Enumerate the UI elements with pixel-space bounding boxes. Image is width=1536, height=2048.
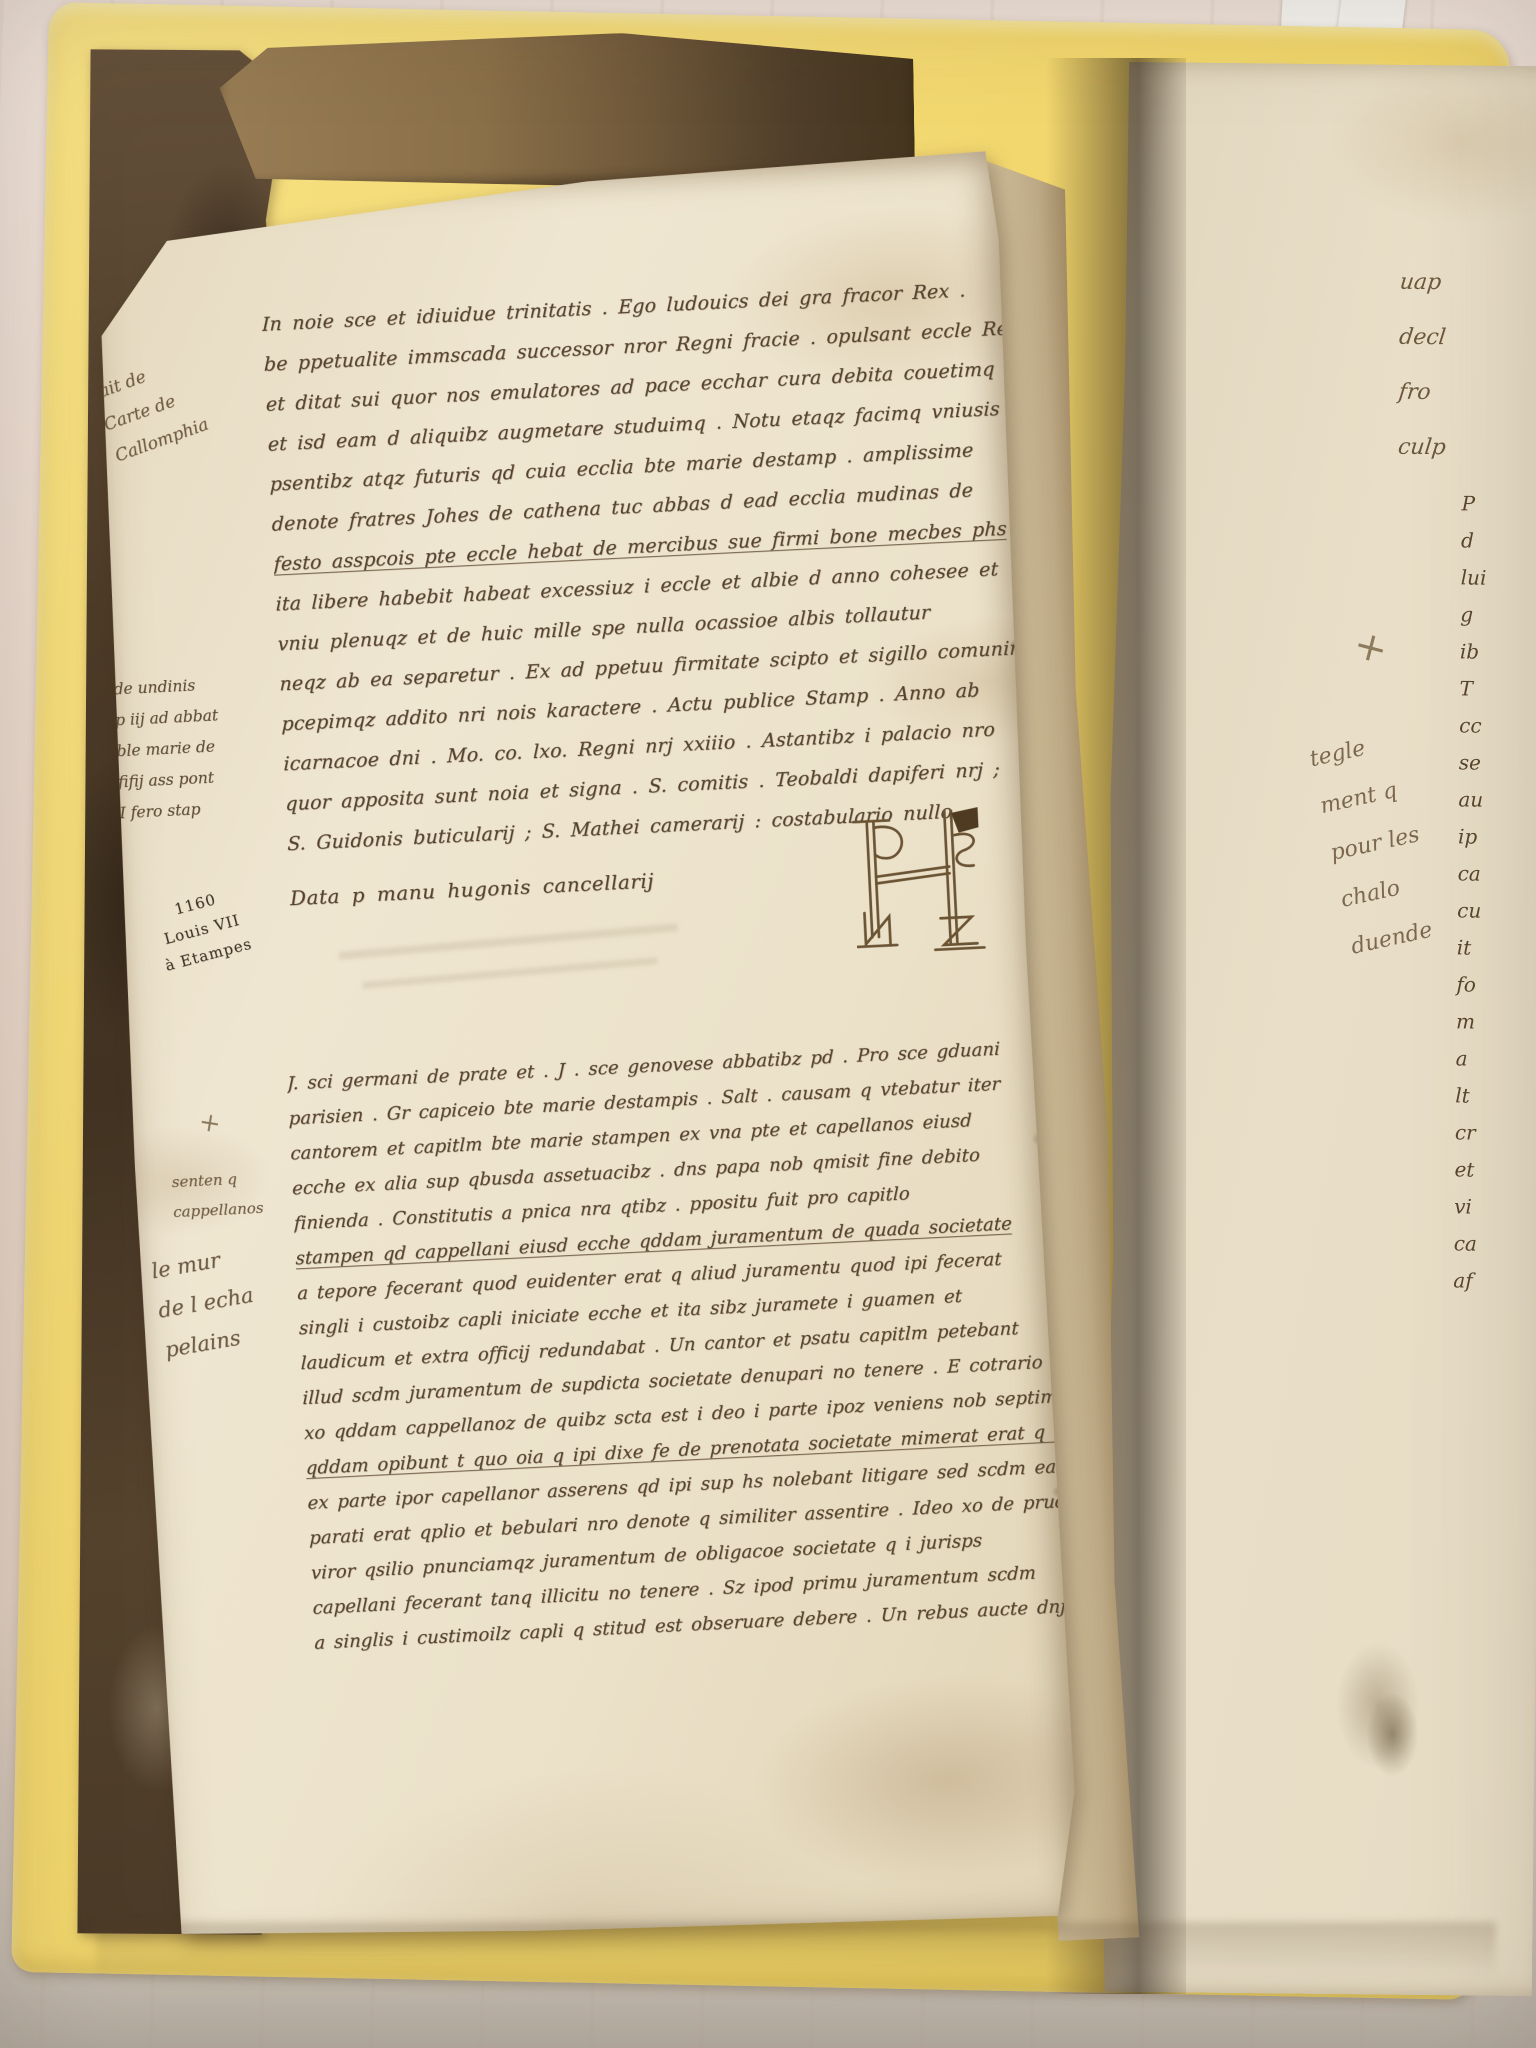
- text-line: g: [1460, 596, 1486, 633]
- ink-bleedthrough: [362, 957, 658, 989]
- text-line: cu: [1457, 892, 1483, 929]
- text-line: fo: [1456, 966, 1482, 1003]
- text-line: fifij ass pont: [117, 762, 222, 798]
- text-line: ib: [1460, 633, 1486, 670]
- facing-text-fragments-edge: PdluigibTccseauipcacuitfomaltcretvicaaf: [1453, 485, 1487, 1299]
- facing-margin-note: teglement qpour leschaloduende: [1305, 718, 1445, 972]
- text-line: ca: [1457, 855, 1483, 892]
- margin-cross-icon: +: [1349, 621, 1393, 674]
- royal-monogram-icon: [850, 800, 991, 962]
- text-line: uap: [1397, 255, 1451, 310]
- text-line: senten q: [171, 1163, 263, 1197]
- text-line: cr: [1455, 1114, 1481, 1151]
- text-line: de undinis: [113, 670, 218, 706]
- text-line: m: [1456, 1003, 1482, 1040]
- margin-gloss-note: de undinisp iij ad abbatble marie defifi…: [113, 670, 224, 830]
- text-line: fro: [1395, 365, 1449, 420]
- margin-cursive-note: le murde l echapelains: [148, 1235, 263, 1370]
- margin-title-note: fait deCarte deCallomphia: [88, 347, 214, 473]
- text-line: af: [1453, 1262, 1479, 1299]
- text-line: ip: [1458, 818, 1484, 855]
- text-line: lt: [1455, 1077, 1481, 1114]
- text-line: vi: [1454, 1188, 1480, 1225]
- text-line: au: [1458, 781, 1484, 818]
- text-line: it: [1457, 929, 1483, 966]
- text-line: I fero stap: [119, 793, 224, 829]
- manuscript-photograph: uapdeclfroculp + teglement qpour leschal…: [0, 0, 1536, 2048]
- dating-clause: Data p manu hugonis cancellarij: [289, 868, 654, 910]
- text-line: et: [1454, 1151, 1480, 1188]
- text-line: P: [1461, 485, 1487, 522]
- record-text-block: J. sci germani de prate et . J . sce gen…: [286, 1028, 1098, 1661]
- ink-bleedthrough: [339, 923, 678, 959]
- stain: [1366, 1692, 1419, 1777]
- ink-mark: [99, 254, 107, 269]
- text-line: lui: [1461, 559, 1487, 596]
- text-line: p iij ad abbat: [114, 700, 219, 736]
- text-line: ble marie de: [116, 731, 221, 767]
- text-line: d: [1461, 522, 1487, 559]
- charter-text-block: In noie sce et idiuidue trinitatis . Ego…: [261, 267, 1059, 864]
- text-line: se: [1459, 744, 1485, 781]
- facing-text-fragments-top: uapdeclfroculp: [1398, 255, 1448, 475]
- text-line: a: [1456, 1040, 1482, 1077]
- margin-sentence-note: senten qcappellanos: [171, 1163, 264, 1227]
- text-line: cappellanos: [172, 1193, 264, 1227]
- manuscript-page-surface: fait deCarte deCallomphia In noie sce et…: [87, 151, 1080, 1959]
- archivist-date-note: 1160Louis VIIà Etampes: [149, 880, 255, 978]
- text-line: decl: [1396, 310, 1450, 365]
- text-line: ca: [1454, 1225, 1480, 1262]
- text-line: T: [1459, 670, 1485, 707]
- text-line: culp: [1395, 420, 1449, 475]
- manuscript-page: fait deCarte deCallomphia In noie sce et…: [87, 151, 1080, 1959]
- text-line: cc: [1459, 707, 1485, 744]
- margin-cross-icon: +: [197, 1107, 223, 1140]
